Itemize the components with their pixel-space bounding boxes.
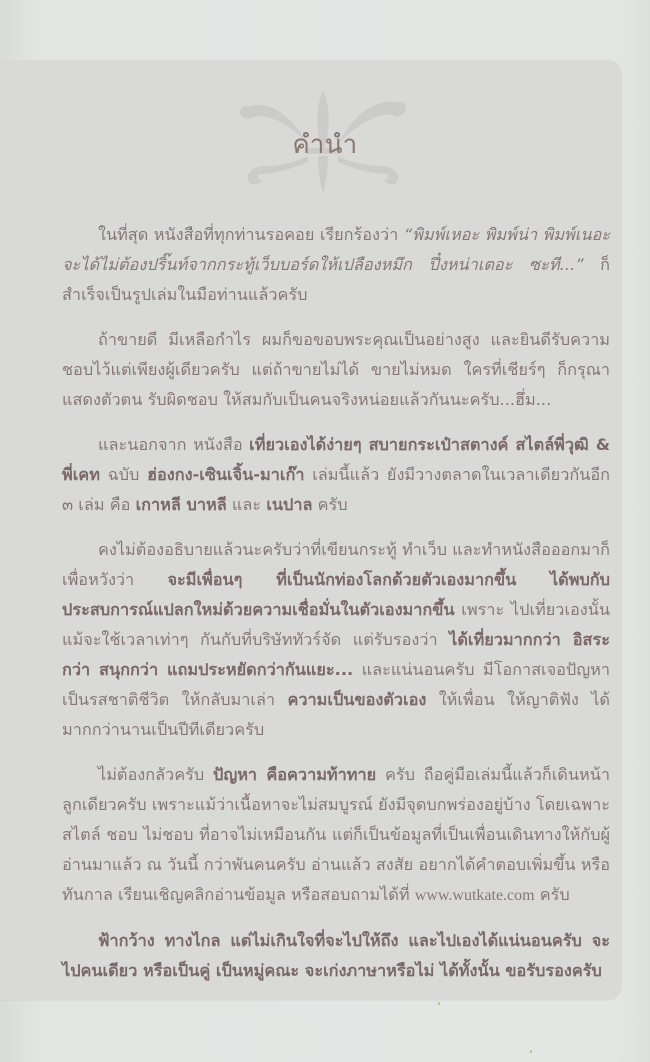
emphasis-text: ความเป็นของตัวเอง [288, 690, 427, 709]
emphasis-text: ฟ้ากว้าง ทางไกล แต่ไม่เกินใจที่จะไปให้ถึ… [62, 931, 610, 980]
paragraph-text: ฉบับ [100, 465, 147, 484]
preface-body: ในที่สุด หนังสือที่ทุกท่านรอคอย เรียกร้อ… [62, 220, 610, 1001]
paragraph-text: และ [227, 495, 267, 514]
preface-paragraph: และนอกจาก หนังสือ เที่ยวเองได้ง่ายๆ สบาย… [62, 430, 610, 520]
emphasis-text: เกาหลี บาหลี [136, 495, 227, 514]
paper-speck [438, 1002, 440, 1005]
paragraph-text: ไม่ต้องกลัวครับ [98, 765, 213, 784]
emphasis-text: เนปาล [266, 495, 312, 514]
emphasis-text: ปัญหา คือความท้าทาย [213, 765, 376, 784]
website-url: www.wutkate.com [415, 887, 535, 904]
emphasis-text: ฮ่องกง-เซินเจิ้น-มาเก๊า [147, 465, 304, 484]
paragraph-text: ในที่สุด หนังสือที่ทุกท่านรอคอย เรียกร้อ… [98, 225, 404, 244]
preface-paragraph: คงไม่ต้องอธิบายแล้วนะครับว่าที่เขียนกระท… [62, 535, 610, 745]
preface-paragraph: ไม่ต้องกลัวครับ ปัญหา คือความท้าทาย ครับ… [62, 760, 610, 911]
paragraph-text: ครับ [312, 495, 347, 514]
page-title: คำนำ [0, 124, 650, 165]
paper-speck [530, 1050, 532, 1053]
paragraph-text: ถ้าขายดี มีเหลือกำไร ผมก็ขอขอบพระคุณเป็น… [62, 330, 610, 409]
paragraph-text: ครับ ถือคู่มือเล่มนี้แล้วก็เดินหน้าลูกเด… [62, 765, 610, 904]
preface-paragraph: ถ้าขายดี มีเหลือกำไร ผมก็ขอขอบพระคุณเป็น… [62, 325, 610, 415]
preface-paragraph: ฟ้ากว้าง ทางไกล แต่ไม่เกินใจที่จะไปให้ถึ… [62, 926, 610, 986]
paragraph-text: ครับ [535, 885, 570, 904]
preface-paragraph: ในที่สุด หนังสือที่ทุกท่านรอคอย เรียกร้อ… [62, 220, 610, 310]
paragraph-text: และนอกจาก หนังสือ [98, 435, 249, 454]
